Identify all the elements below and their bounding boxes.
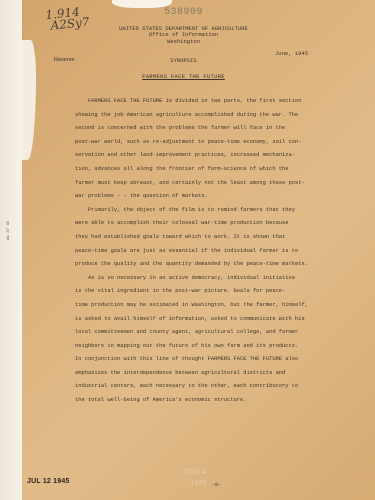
body-line: Primarily, the object of the film is to … [75,204,355,218]
body-line: showing the job American agriculture acc… [75,109,355,123]
body-line: is asked to avail himself of information… [75,313,355,327]
body-line: farmer must keep abreast, and certainly … [75,177,355,191]
body-line: emphasizes the interdependence between a… [75,367,355,381]
document-title: FARMERS FACE THE FUTURE [7,73,360,80]
margin-stamp: AG 37 45 [7,221,11,240]
body-line: peace-time goals are just as essential i… [75,245,355,259]
body-line: industrial centers, each necessary to th… [75,380,355,394]
body-line: neighbors in mapping out the future of h… [75,340,355,354]
body-line: FARMERS FACE THE FUTURE is divided in tw… [75,95,355,109]
accession-number: 538909 [164,7,203,18]
received-date-stamp: JUL 12 1945 [27,478,70,485]
body-line: local committeemen and county agent, agr… [75,326,355,340]
page-mark: -0- [212,482,221,488]
body-line: In conjunction with this line of thought… [75,353,355,367]
synopsis-body: FARMERS FACE THE FUTURE is divided in tw… [75,95,355,408]
torn-notch [112,0,172,8]
body-line: time production may be estimated in Wash… [75,299,355,313]
body-line: post-war world, such as re-adjustment to… [75,136,355,150]
location-heading: Washington [7,39,360,45]
body-line: second is concerned with the problems th… [75,122,355,136]
body-line: tion, advances all along the frontier of… [75,163,355,177]
body-line: war problems - - the question of markets… [75,190,355,204]
body-line: servation and other land-improvement pra… [75,149,355,163]
body-line: is the vital ingredient in the post-war … [75,285,355,299]
usda-perforation-stamp: USDA [184,468,207,477]
body-line: were able to accomplish their colossal w… [75,217,355,231]
body-line: As is so necessary in an active democrac… [75,272,355,286]
document-page: 1.914 A2Sy7 Reserve 538909 UNITED STATES… [22,0,375,500]
body-line: they had established goals toward which … [75,231,355,245]
document-date: June, 1945 [275,50,308,57]
section-label: SYNOPSIS [7,57,360,64]
usda-perforation-year: 1945 [190,480,207,488]
body-line: the total well-being of America's econom… [75,394,355,408]
body-line: produce the quality and the quantity dem… [75,258,355,272]
